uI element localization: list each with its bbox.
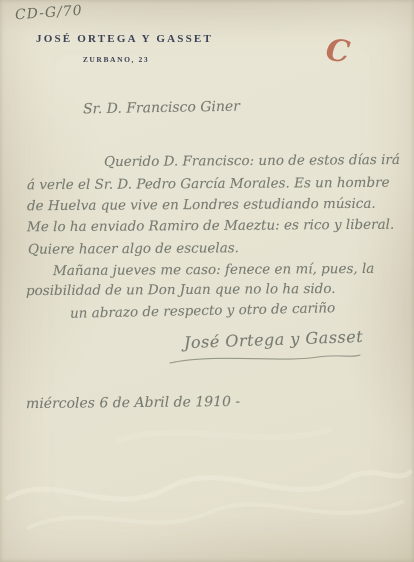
body-line: Querido D. Francisco: uno de estos días …: [104, 152, 400, 170]
letter-page: CD-G/70 JOSÉ ORTEGA Y GASSET ZURBANO, 23…: [0, 0, 414, 562]
body-line: Me lo ha enviado Ramiro de Maeztu: es ri…: [27, 217, 394, 236]
body-line: Quiere hacer algo de escuelas.: [28, 240, 239, 257]
body-line: posibilidad de un Don Juan que no lo ha …: [26, 281, 336, 299]
letterhead-name: JOSÉ ORTEGA Y GASSET: [36, 33, 213, 45]
body-line: á verle el Sr. D. Pedro García Morales. …: [27, 175, 390, 194]
signature: José Ortega y Gasset: [184, 327, 364, 352]
red-crayon-mark: C: [324, 33, 352, 71]
body-line: Mañana jueves me caso: fenece en mí, pue…: [53, 261, 374, 279]
closing-line: un abrazo de respecto y otro de cariño: [70, 300, 335, 322]
addressee-line: Sr. D. Francisco Giner: [83, 99, 240, 118]
body-line: de Huelva que vive en Londres estudiando…: [27, 196, 376, 214]
archive-code: CD-G/70: [15, 3, 84, 24]
signature-flourish-icon: [168, 350, 363, 368]
ink-show-through-texture: [0, 400, 414, 562]
letterhead-address: ZURBANO, 23: [36, 55, 196, 64]
